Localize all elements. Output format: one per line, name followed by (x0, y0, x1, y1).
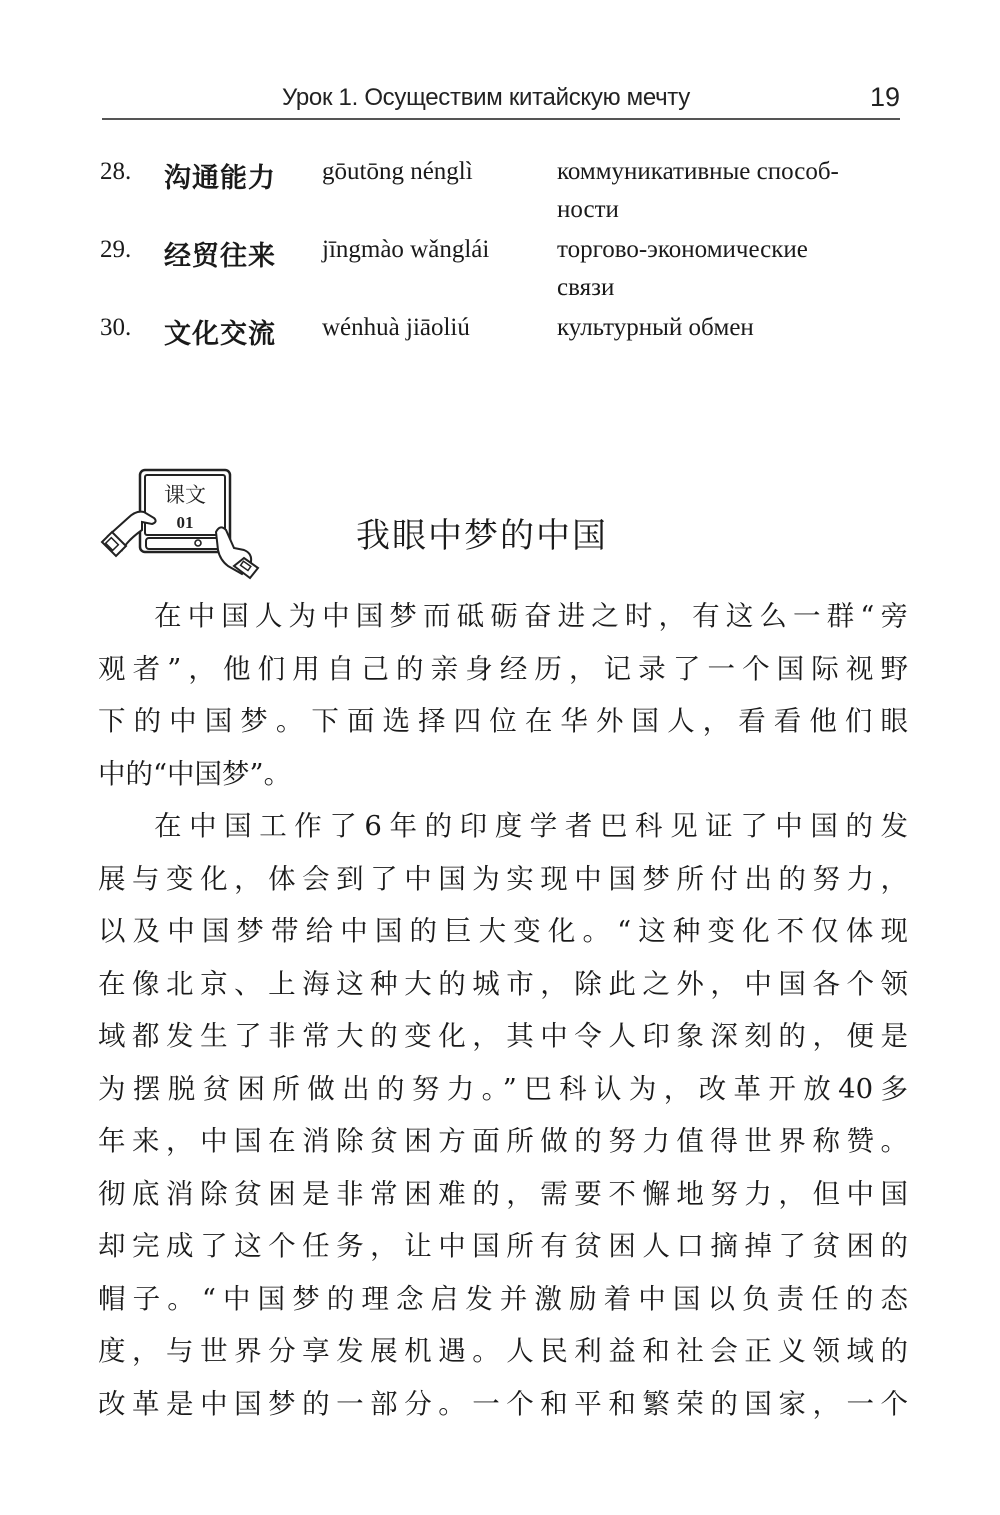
text-line: 帽子。“中国梦的理念启发并激励着中国以负责任的态 (98, 1273, 908, 1326)
text-line: 在中国工作了6年的印度学者巴科见证了中国的发 (98, 800, 908, 853)
text-line: 域都发生了非常大的变化，其中令人印象深刻的，便是 (98, 1010, 908, 1063)
vocab-translation: коммуникативные способ- ности (557, 153, 907, 229)
lesson-body: 在中国人为中国梦而砥砺奋进之时，有这么一群“旁 观者”，他们用自己的亲身经历，记… (98, 590, 908, 1430)
vocab-pinyin: wénhuà jiāoliú (322, 314, 470, 342)
vocab-number: 30. (100, 314, 131, 342)
vocab-translation: торгово-экономические связи (557, 231, 907, 307)
vocab-number: 28. (100, 158, 131, 186)
translation-line: торгово-экономические (557, 231, 907, 269)
text-line: 观者”，他们用自己的亲身经历，记录了一个国际视野 (98, 643, 908, 696)
vocabulary-list: 28. 沟通能力 gōutōng nénglì коммуникативные … (100, 158, 910, 364)
translation-line: коммуникативные способ- (557, 153, 907, 191)
text-line: 改革是中国梦的一部分。一个和平和繁荣的国家，一个 (98, 1378, 908, 1431)
text-line: 下的中国梦。下面选择四位在华外国人，看看他们眼 (98, 695, 908, 748)
text-line: 中的“中国梦”。 (98, 748, 908, 801)
vocab-hanzi: 经贸往来 (164, 234, 276, 273)
page-header: Урок 1. Осуществим китайскую мечту 19 (102, 80, 900, 120)
text-line: 展与变化，体会到了中国为实现中国梦所付出的努力， (98, 853, 908, 906)
vocab-pinyin: gōutōng nénglì (322, 158, 473, 186)
vocab-item: 30. 文化交流 wénhuà jiāoliú культурный обмен (100, 314, 910, 364)
vocab-number: 29. (100, 236, 131, 264)
paragraph: 在中国工作了6年的印度学者巴科见证了中国的发 展与变化，体会到了中国为实现中国梦… (98, 800, 908, 1430)
page-number: 19 (870, 82, 900, 113)
vocab-hanzi: 沟通能力 (164, 156, 276, 195)
text-line: 却完成了这个任务，让中国所有贫困人口摘掉了贫困的 (98, 1220, 908, 1273)
text-line: 彻底消除贫困是非常困难的，需要不懈地努力，但中国 (98, 1168, 908, 1221)
translation-line: связи (557, 269, 907, 307)
vocab-pinyin: jīngmào wǎnglái (322, 236, 489, 264)
text-line: 度，与世界分享发展机遇。人民利益和社会正义领域的 (98, 1325, 908, 1378)
vocab-translation: культурный обмен (557, 309, 907, 347)
vocab-hanzi: 文化交流 (164, 312, 276, 351)
text-line: 在中国人为中国梦而砥砺奋进之时，有这么一群“旁 (98, 590, 908, 643)
lesson-text-tablet-icon: 课文 01 (98, 466, 268, 586)
icon-number: 01 (177, 513, 194, 532)
text-line: 在像北京、上海这种大的城市，除此之外，中国各个领 (98, 958, 908, 1011)
text-line: 为摆脱贫困所做出的努力。”巴科认为，改革开放40多 (98, 1063, 908, 1116)
text-line: 年来，中国在消除贫困方面所做的努力值得世界称赞。 (98, 1115, 908, 1168)
text-line: 以及中国梦带给中国的巨大变化。“这种变化不仅体现 (98, 905, 908, 958)
lesson-title: 我眼中梦的中国 (356, 508, 608, 557)
translation-line: культурный обмен (557, 309, 907, 347)
vocab-item: 28. 沟通能力 gōutōng nénglì коммуникативные … (100, 158, 910, 236)
chapter-title: Урок 1. Осуществим китайскую мечту (282, 84, 690, 112)
translation-line: ности (557, 191, 907, 229)
paragraph: 在中国人为中国梦而砥砺奋进之时，有这么一群“旁 观者”，他们用自己的亲身经历，记… (98, 590, 908, 800)
icon-label: 课文 (164, 483, 206, 507)
vocab-item: 29. 经贸往来 jīngmào wǎnglái торгово-экономи… (100, 236, 910, 314)
